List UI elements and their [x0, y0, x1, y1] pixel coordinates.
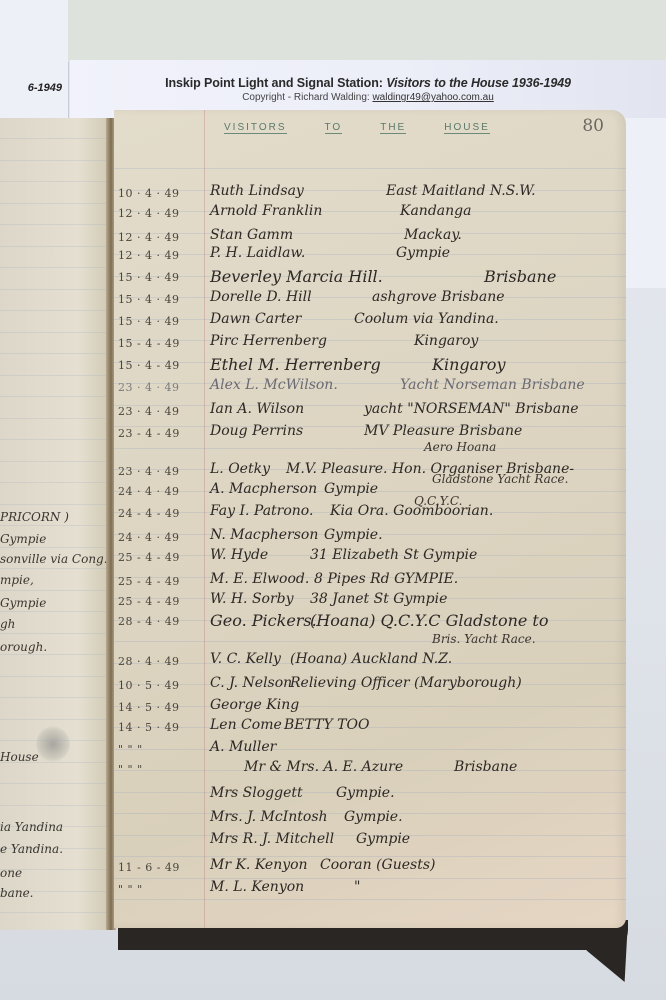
ledger-heading: VISITORSTOTHEHOUSE: [224, 122, 528, 133]
entry-date: " " ": [118, 763, 198, 776]
entry-date: 12 · 4 · 49: [118, 207, 198, 220]
page-stain: [36, 726, 70, 762]
ruled-line: [0, 633, 106, 634]
entry-place: Mackay.: [404, 227, 462, 243]
entry-place: East Maitland N.S.W.: [386, 183, 536, 199]
banner-title: Inskip Point Light and Signal Station: V…: [70, 76, 666, 90]
entry-date: 25 - 4 - 49: [118, 595, 198, 608]
visitor-entry: 10 · 4 · 49Ruth LindsayEast Maitland N.S…: [114, 182, 626, 204]
entry-name: Beverley Marcia Hill.: [210, 267, 383, 286]
entry-date: 11 - 6 - 49: [118, 861, 198, 874]
visitor-entry: Mrs. J. McIntoshGympie.: [114, 808, 626, 830]
entry-place: Gympie.: [336, 785, 395, 801]
ruled-line: [114, 448, 626, 449]
visitor-entry: 25 - 4 - 49W. H. Sorby38 Janet St Gympie: [114, 590, 626, 612]
banner-copyright: Copyright - Richard Walding: waldingr49@…: [70, 92, 666, 103]
entry-date: 25 - 4 - 49: [118, 575, 198, 588]
entry-name: M. L. Kenyon: [210, 879, 304, 895]
ruled-line: [0, 912, 106, 913]
visitor-entry: 15 · 4 · 49Dawn CarterCoolum via Yandina…: [114, 310, 626, 332]
entry-date: 24 · 4 · 49: [118, 531, 198, 544]
entry-date: 12 · 4 · 49: [118, 249, 198, 262]
left-page-fragment: PRICORN ): [0, 510, 69, 524]
heading-word: TO: [325, 122, 343, 134]
entry-place: 31 Elizabeth St Gympie: [310, 547, 477, 563]
entry-name: Arnold Franklin: [210, 203, 322, 219]
background-sheet: [68, 0, 666, 62]
entry-name: V. C. Kelly: [210, 651, 281, 667]
ruled-line: [114, 641, 626, 642]
visitor-entry: 14 · 5 · 49George King: [114, 696, 626, 718]
entry-place: (Hoana) Auckland N.Z.: [290, 651, 452, 667]
entry-name: Alex L. McWilson.: [210, 377, 338, 393]
visitor-entry: 24 - 4 - 49Fay I. Patrono.Kia Ora. Goomb…: [114, 502, 626, 524]
entry-date: 15 · 4 · 49: [118, 271, 198, 284]
entry-place: Kandanga: [400, 203, 471, 219]
entry-place: Yacht Norseman Brisbane: [400, 377, 585, 393]
ruled-line: [0, 160, 106, 161]
entry-date: 25 - 4 - 49: [118, 551, 198, 564]
entry-date: 23 · 4 · 49: [118, 465, 198, 478]
ruled-line: [0, 676, 106, 677]
entry-place: yacht "NORSEMAN" Brisbane: [364, 401, 579, 417]
background-paper-left: 6-1949: [0, 0, 69, 118]
entry-date: 23 · 4 · 49: [118, 381, 198, 394]
left-page-fragment: orough.: [0, 640, 47, 654]
visitor-entry: 11 - 6 - 49Mr K. KenyonCooran (Guests): [114, 856, 626, 878]
entry-name: Ethel M. Herrenberg: [210, 355, 381, 374]
left-page-fragment: Gympie: [0, 596, 46, 610]
entry-date: 14 · 5 · 49: [118, 701, 198, 714]
entry-date: " " ": [118, 883, 198, 896]
copyright-email-link[interactable]: waldingr49@yahoo.com.au: [372, 92, 493, 103]
entry-name: Fay I. Patrono.: [210, 503, 313, 519]
ruled-line: [0, 181, 106, 182]
entry-name: Dorelle D. Hill: [210, 289, 312, 305]
entry-name: M. E. Elwood.: [210, 571, 309, 587]
visitor-entry: 15 · 4 · 49Dorelle D. Hillashgrove Brisb…: [114, 288, 626, 310]
entry-place: Kia Ora. Goomboorian.: [330, 503, 493, 519]
entry-name: Mr & Mrs. A. E. Azure: [244, 759, 403, 775]
entry-place: Gympie: [396, 245, 450, 261]
left-page-fragment: bane.: [0, 886, 33, 900]
ruled-line: [0, 805, 106, 806]
visitor-entry: 25 - 4 - 49M. E. Elwood.8 Pipes Rd GYMPI…: [114, 570, 626, 592]
entry-annotation: Aero Hoana: [424, 440, 496, 454]
ruled-line: [0, 418, 106, 419]
entry-name: Doug Perrins: [210, 423, 303, 439]
entry-name: Ruth Lindsay: [210, 183, 304, 199]
ruled-line: [114, 168, 626, 169]
entry-name: L. Oetky: [210, 461, 270, 477]
visitor-entry: 28 - 4 · 49Geo. Pickers.(Hoana) Q.C.Y.C …: [114, 610, 626, 632]
entry-name: Pirc Herrenberg: [210, 333, 327, 349]
ledger-right-page: VISITORSTOTHEHOUSE 80 10 · 4 · 49Ruth Li…: [114, 110, 626, 928]
heading-word: THE: [380, 122, 406, 134]
visitor-entry: 14 · 5 · 49Len ComeBETTY TOO: [114, 716, 626, 738]
left-page-fragment: Gympie: [0, 532, 46, 546]
entry-place: Cooran (Guests): [320, 857, 435, 873]
ruled-line: [0, 353, 106, 354]
ruled-line: [0, 611, 106, 612]
ruled-line: [0, 461, 106, 462]
visitor-entry: 23 · 4 · 49Ian A. Wilsonyacht "NORSEMAN"…: [114, 400, 626, 422]
ruled-line: [0, 289, 106, 290]
entry-date: " " ": [118, 743, 198, 756]
entry-name: Mr K. Kenyon: [210, 857, 308, 873]
paper-fragment-text: 6-1949: [28, 82, 62, 94]
entry-place: BETTY TOO: [284, 717, 369, 733]
visitor-entry: 15 · 4 · 49Beverley Marcia Hill.Brisbane: [114, 266, 626, 288]
visitor-entry: " " "Mr & Mrs. A. E. AzureBrisbane: [114, 758, 626, 780]
entry-place: 38 Janet St Gympie: [310, 591, 447, 607]
visitor-entry: 10 · 5 · 49C. J. NelsonRelieving Officer…: [114, 674, 626, 696]
ruled-line: [0, 310, 106, 311]
visitor-entry: 15 · 4 - 49Ethel M. HerrenbergKingaroy: [114, 354, 626, 376]
entry-date: 23 · 4 · 49: [118, 405, 198, 418]
ruled-line: [0, 740, 106, 741]
entry-name: Stan Gamm: [210, 227, 293, 243]
entry-date: 24 - 4 - 49: [118, 507, 198, 520]
left-page-fragment: House: [0, 750, 39, 764]
entry-place: MV Pleasure Brisbane: [364, 423, 522, 439]
entry-place: Brisbane: [484, 267, 556, 286]
entry-name: N. Macpherson: [210, 527, 318, 543]
ruled-line: [0, 525, 106, 526]
ruled-line: [0, 267, 106, 268]
visitor-entry: 15 - 4 - 49Pirc HerrenbergKingaroy: [114, 332, 626, 354]
entry-place: ashgrove Brisbane: [372, 289, 505, 305]
ruled-line: [0, 697, 106, 698]
entry-date: 15 - 4 - 49: [118, 337, 198, 350]
ruled-line: [0, 654, 106, 655]
ruled-line: [0, 590, 106, 591]
ruled-line: [0, 138, 106, 139]
entry-date: 28 · 4 · 49: [118, 655, 198, 668]
ruled-line: [0, 332, 106, 333]
visitor-entry: " " "A. Muller: [114, 738, 626, 760]
ruled-line: [0, 504, 106, 505]
ruled-line: [0, 568, 106, 569]
entry-name: Len Come: [210, 717, 282, 733]
ruled-line: [0, 396, 106, 397]
entry-annotation: Q.C.Y.C.: [414, 494, 462, 508]
entry-date: 10 · 4 · 49: [118, 187, 198, 200]
entry-annotation: Gladstone Yacht Race.: [432, 472, 568, 486]
entry-date: 12 · 4 · 49: [118, 231, 198, 244]
entry-date: 24 · 4 · 49: [118, 485, 198, 498]
book-shadow-corner: [560, 920, 628, 982]
entry-date: 15 · 4 - 49: [118, 359, 198, 372]
ruled-line: [0, 439, 106, 440]
visitor-entry: 24 · 4 · 49N. MacphersonGympie.: [114, 526, 626, 548]
entry-date: 14 · 5 · 49: [118, 721, 198, 734]
entry-place: Coolum via Yandina.: [354, 311, 499, 327]
entry-place: (Hoana) Q.C.Y.C Gladstone to: [310, 611, 549, 630]
entry-name: C. J. Nelson: [210, 675, 292, 691]
entry-date: 23 - 4 - 49: [118, 427, 198, 440]
banner-title-prefix: Inskip Point Light and Signal Station:: [165, 76, 386, 90]
heading-word: HOUSE: [444, 122, 490, 134]
ruled-line: [0, 224, 106, 225]
ruled-line: [0, 547, 106, 548]
entry-place: ": [354, 879, 360, 895]
entry-name: Ian A. Wilson: [210, 401, 304, 417]
visitor-entry: 12 · 4 · 49Arnold FranklinKandanga: [114, 202, 626, 224]
banner-title-italic: Visitors to the House 1936-1949: [386, 76, 571, 90]
visitor-entry: 23 - 4 - 49Doug PerrinsMV Pleasure Brisb…: [114, 422, 626, 444]
left-page-fragment: sonville via Cong.: [0, 552, 108, 566]
left-page-fragment: e Yandina.: [0, 842, 63, 856]
entry-name: A. Muller: [210, 739, 276, 755]
entry-date: 10 · 5 · 49: [118, 679, 198, 692]
page-number: 80: [582, 116, 604, 136]
entry-name: Geo. Pickers.: [210, 611, 317, 630]
ledger-left-page: PRICORN )Gympiesonville via Cong.mpie,Gy…: [0, 118, 112, 930]
heading-word: VISITORS: [224, 122, 287, 134]
entry-name: Mrs R. J. Mitchell: [210, 831, 334, 847]
left-page-fragment: ia Yandina: [0, 820, 63, 834]
entry-place: Gympie.: [344, 809, 403, 825]
ruled-line: [0, 482, 106, 483]
visitor-entry: 25 - 4 - 49W. Hyde31 Elizabeth St Gympie: [114, 546, 626, 568]
entry-name: P. H. Laidlaw.: [210, 245, 305, 261]
entry-name: Mrs. J. McIntosh: [210, 809, 328, 825]
ruled-line: [0, 375, 106, 376]
entry-place: Brisbane: [454, 759, 517, 775]
entry-name: W. H. Sorby: [210, 591, 294, 607]
ruled-line: [0, 203, 106, 204]
entry-name: A. Macpherson: [210, 481, 317, 497]
left-page-fragment: mpie,: [0, 573, 34, 587]
entry-place: Gympie: [356, 831, 410, 847]
entry-date: 15 · 4 · 49: [118, 315, 198, 328]
visitor-entry: Mrs R. J. MitchellGympie: [114, 830, 626, 852]
entry-place: Kingaroy: [414, 333, 478, 349]
entry-name: Dawn Carter: [210, 311, 301, 327]
entry-place: 8 Pipes Rd GYMPIE.: [314, 571, 458, 587]
ruled-line: [0, 246, 106, 247]
visitor-entry: 28 · 4 · 49V. C. Kelly(Hoana) Auckland N…: [114, 650, 626, 672]
entry-date: 15 · 4 · 49: [118, 293, 198, 306]
left-page-fragment: one: [0, 866, 22, 880]
left-page-fragment: gh: [0, 617, 15, 631]
entry-date: 28 - 4 · 49: [118, 615, 198, 628]
visitor-entry: 23 · 4 · 49Alex L. McWilson.Yacht Norsem…: [114, 376, 626, 398]
ruled-line: [0, 719, 106, 720]
entry-name: Mrs Sloggett: [210, 785, 303, 801]
entry-place: Gympie.: [324, 527, 383, 543]
entry-name: George King: [210, 697, 299, 713]
entry-place: Gympie: [324, 481, 378, 497]
visitor-entry: 12 · 4 · 49P. H. Laidlaw.Gympie: [114, 244, 626, 266]
ruled-line: [0, 783, 106, 784]
entry-place: Relieving Officer (Maryborough): [290, 675, 522, 691]
entry-name: W. Hyde: [210, 547, 268, 563]
visitor-entry: " " "M. L. Kenyon": [114, 878, 626, 900]
visitor-entry: Mrs SloggettGympie.: [114, 784, 626, 806]
entry-annotation: Bris. Yacht Race.: [432, 632, 536, 646]
copyright-label: Copyright - Richard Walding:: [242, 92, 369, 103]
entry-place: Kingaroy: [432, 355, 505, 374]
